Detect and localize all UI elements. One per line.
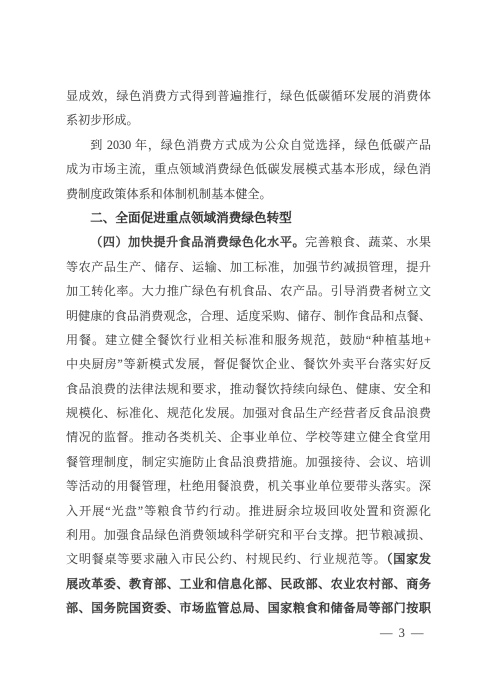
document-line: 中央厨房”等新模式发展，督促餐饮企业、餐饮外卖平台落实好反 (66, 352, 431, 376)
text-segment-kai: 部、国务院国资委、市场监管总局、国家粮食和储备局等部门按职 (66, 601, 431, 615)
document-body: 显成效，绿色消费方式得到普遍推行，绿色低碳循环发展的消费体系初步形成。到 203… (66, 84, 431, 621)
text-segment-body: 入开展“光盘”等粮食节约行动。推进厨余垃圾回收处置和资源化 (66, 504, 431, 518)
document-line: 部、国务院国资委、市场监管总局、国家粮食和储备局等部门按职 (66, 596, 431, 620)
document-line: 食品浪费的法律法规和要求，推动餐饮持续向绿色、健康、安全和 (66, 377, 431, 401)
text-segment-body: 等活动的用餐管理，杜绝用餐浪费，机关事业单位要带头落实。深 (66, 479, 431, 493)
text-segment-body: 中央厨房”等新模式发展，督促餐饮企业、餐饮外卖平台落实好反 (66, 357, 431, 371)
document-line: 展改革委、教育部、工业和信息化部、民政部、农业农村部、商务 (66, 572, 431, 596)
text-segment-body: 明健康的食品消费观念，合理、适度采购、储存、制作食品和点餐、 (66, 309, 431, 323)
document-line: 规模化、标准化、规范化发展。加强对食品生产经营者反食品浪费 (66, 401, 431, 425)
text-segment-body: 用餐。建立健全餐饮行业相关标准和服务规范，鼓励“种植基地+ (66, 333, 431, 347)
text-segment-body: 费制度政策体系和体制机制基本健全。 (66, 187, 272, 201)
document-line: 明健康的食品消费观念，合理、适度采购、储存、制作食品和点餐、 (66, 304, 431, 328)
document-line: 到 2030 年，绿色消费方式成为公众自觉选择，绿色低碳产品 (66, 133, 431, 157)
text-segment-body: 显成效，绿色消费方式得到普遍推行，绿色低碳循环发展的消费体 (66, 89, 431, 103)
text-segment-body: 等农产品生产、储存、运输、加工标准，加强节约减损管理，提升 (66, 260, 431, 274)
document-line: 系初步形成。 (66, 108, 431, 132)
document-line: 用餐。建立健全餐饮行业相关标准和服务规范，鼓励“种植基地+ (66, 328, 431, 352)
text-segment-body: 食品浪费的法律法规和要求，推动餐饮持续向绿色、健康、安全和 (66, 382, 431, 396)
document-line: 显成效，绿色消费方式得到普遍推行，绿色低碳循环发展的消费体 (66, 84, 431, 108)
text-segment-kai: （国家发 (386, 552, 431, 566)
text-segment-body: 系初步形成。 (66, 113, 139, 127)
page-number: — 3 — (380, 621, 425, 645)
text-segment-body: 成为市场主流，重点领域消费绿色低碳发展模式基本形成，绿色消 (66, 162, 431, 176)
text-segment-body: 规模化、标准化、规范化发展。加强对食品生产经营者反食品浪费 (66, 406, 431, 420)
document-line: 等农产品生产、储存、运输、加工标准，加强节约减损管理，提升 (66, 255, 431, 279)
document-line: 餐管理制度，制定实施防止食品浪费措施。加强接待、会议、培训 (66, 450, 431, 474)
text-segment-body: 加工转化率。大力推广绿色有机食品、农产品。引导消费者树立文 (66, 284, 431, 298)
text-segment-body: 利用。加强食品绿色消费领域科学研究和平台支撑。把节粮减损、 (66, 528, 431, 542)
text-segment-body: 完善粮食、蔬菜、水果 (305, 235, 431, 249)
document-line: （四）加快提升食品消费绿色化水平。完善粮食、蔬菜、水果 (66, 230, 431, 254)
document-page: 显成效，绿色消费方式得到普遍推行，绿色低碳循环发展的消费体系初步形成。到 203… (0, 0, 495, 700)
document-line: 情况的监督。推动各类机关、企事业单位、学校等建立健全食堂用 (66, 425, 431, 449)
text-segment-body: 到 2030 年，绿色消费方式成为公众自觉选择，绿色低碳产品 (90, 138, 431, 152)
document-line: 等活动的用餐管理，杜绝用餐浪费，机关事业单位要带头落实。深 (66, 474, 431, 498)
document-line: 文明餐桌等要求融入市民公约、村规民约、行业规范等。（国家发 (66, 547, 431, 571)
document-line: 成为市场主流，重点领域消费绿色低碳发展模式基本形成，绿色消 (66, 157, 431, 181)
text-segment-heading: 二、全面促进重点领域消费绿色转型 (90, 211, 292, 225)
text-segment-body: 文明餐桌等要求融入市民公约、村规民约、行业规范等。 (66, 552, 386, 566)
document-line: 加工转化率。大力推广绿色有机食品、农产品。引导消费者树立文 (66, 279, 431, 303)
text-segment-body: 餐管理制度，制定实施防止食品浪费措施。加强接待、会议、培训 (66, 455, 431, 469)
document-line: 利用。加强食品绿色消费领域科学研究和平台支撑。把节粮减损、 (66, 523, 431, 547)
document-line: 入开展“光盘”等粮食节约行动。推进厨余垃圾回收处置和资源化 (66, 499, 431, 523)
text-segment-body: 情况的监督。推动各类机关、企事业单位、学校等建立健全食堂用 (66, 430, 431, 444)
text-segment-kai: 展改革委、教育部、工业和信息化部、民政部、农业农村部、商务 (66, 577, 431, 591)
document-line: 费制度政策体系和体制机制基本健全。 (66, 182, 431, 206)
section-heading: 二、全面促进重点领域消费绿色转型 (66, 206, 431, 230)
text-segment-lead: （四）加快提升食品消费绿色化水平。 (90, 235, 305, 249)
